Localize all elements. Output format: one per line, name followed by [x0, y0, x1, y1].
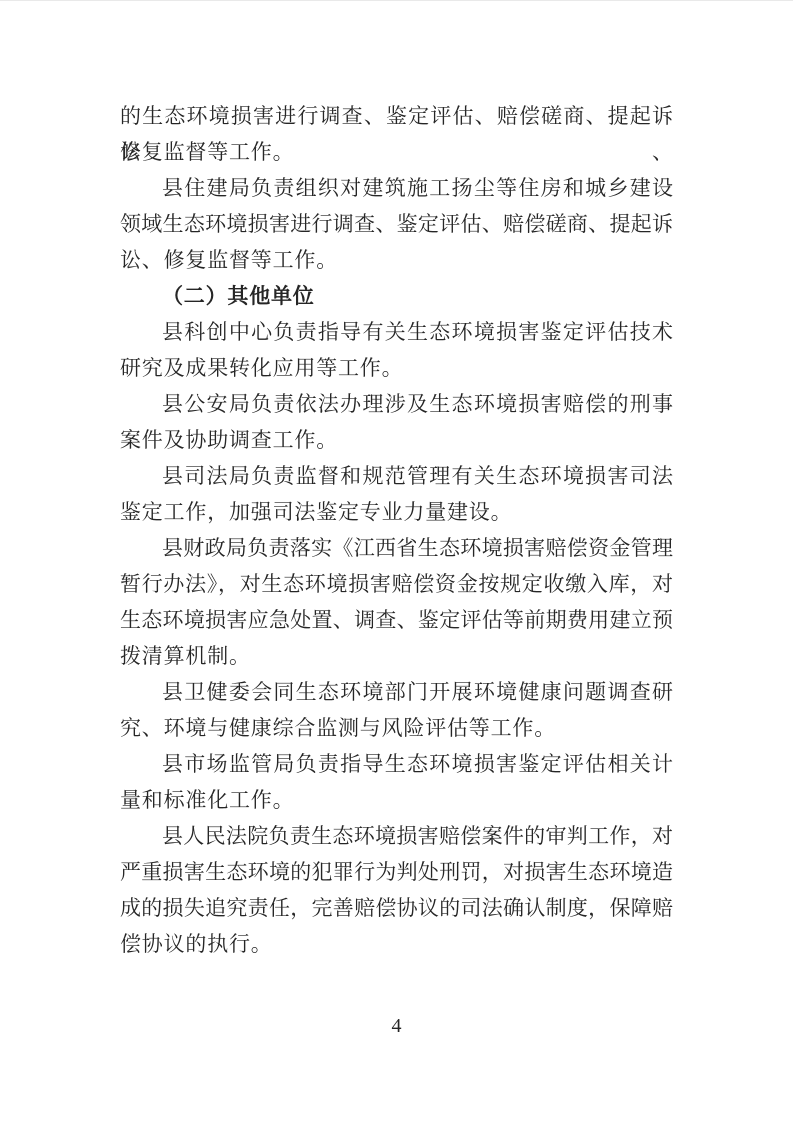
text-line: 案件及协助调查工作。 [120, 422, 673, 458]
text-line: 量和标准化工作。 [120, 782, 673, 818]
text-line: 偿协议的执行。 [120, 926, 673, 962]
text-line: 的生态环境损害进行调查、鉴定评估、赔偿磋商、提起诉讼、 [120, 98, 673, 134]
text-line: 县卫健委会同生态环境部门开展环境健康问题调查研 [120, 674, 673, 710]
document-body: 的生态环境损害进行调查、鉴定评估、赔偿磋商、提起诉讼、 修复监督等工作。 县住建… [120, 98, 673, 962]
text-line: 县司法局负责监督和规范管理有关生态环境损害司法 [120, 458, 673, 494]
text-line: 讼、修复监督等工作。 [120, 242, 673, 278]
text-line: 鉴定工作，加强司法鉴定专业力量建设。 [120, 494, 673, 530]
text-line: 县财政局负责落实《江西省生态环境损害赔偿资金管理 [120, 530, 673, 566]
page-number: 4 [392, 1015, 402, 1037]
text-line: 暂行办法》，对生态环境损害赔偿资金按规定收缴入库，对 [120, 566, 673, 602]
document-page: 的生态环境损害进行调查、鉴定评估、赔偿磋商、提起诉讼、 修复监督等工作。 县住建… [0, 0, 793, 1122]
page-footer: 4 [0, 1012, 793, 1040]
text-line: 县住建局负责组织对建筑施工扬尘等住房和城乡建设 [120, 170, 673, 206]
text-line: 研究及成果转化应用等工作。 [120, 350, 673, 386]
text-line: 县科创中心负责指导有关生态环境损害鉴定评估技术 [120, 314, 673, 350]
text-line: 生态环境损害应急处置、调查、鉴定评估等前期费用建立预 [120, 602, 673, 638]
text-line: 县市场监管局负责指导生态环境损害鉴定评估相关计 [120, 746, 673, 782]
text-line: 拨清算机制。 [120, 638, 673, 674]
text-line: 严重损害生态环境的犯罪行为判处刑罚，对损害生态环境造 [120, 854, 673, 890]
text-line: 县公安局负责依法办理涉及生态环境损害赔偿的刑事 [120, 386, 673, 422]
text-line: 成的损失追究责任，完善赔偿协议的司法确认制度，保障赔 [120, 890, 673, 926]
text-line: 县人民法院负责生态环境损害赔偿案件的审判工作，对 [120, 818, 673, 854]
text-line: 究、环境与健康综合监测与风险评估等工作。 [120, 710, 673, 746]
section-heading: （二）其他单位 [120, 278, 673, 314]
text-line: 领域生态环境损害进行调查、鉴定评估、赔偿磋商、提起诉 [120, 206, 673, 242]
